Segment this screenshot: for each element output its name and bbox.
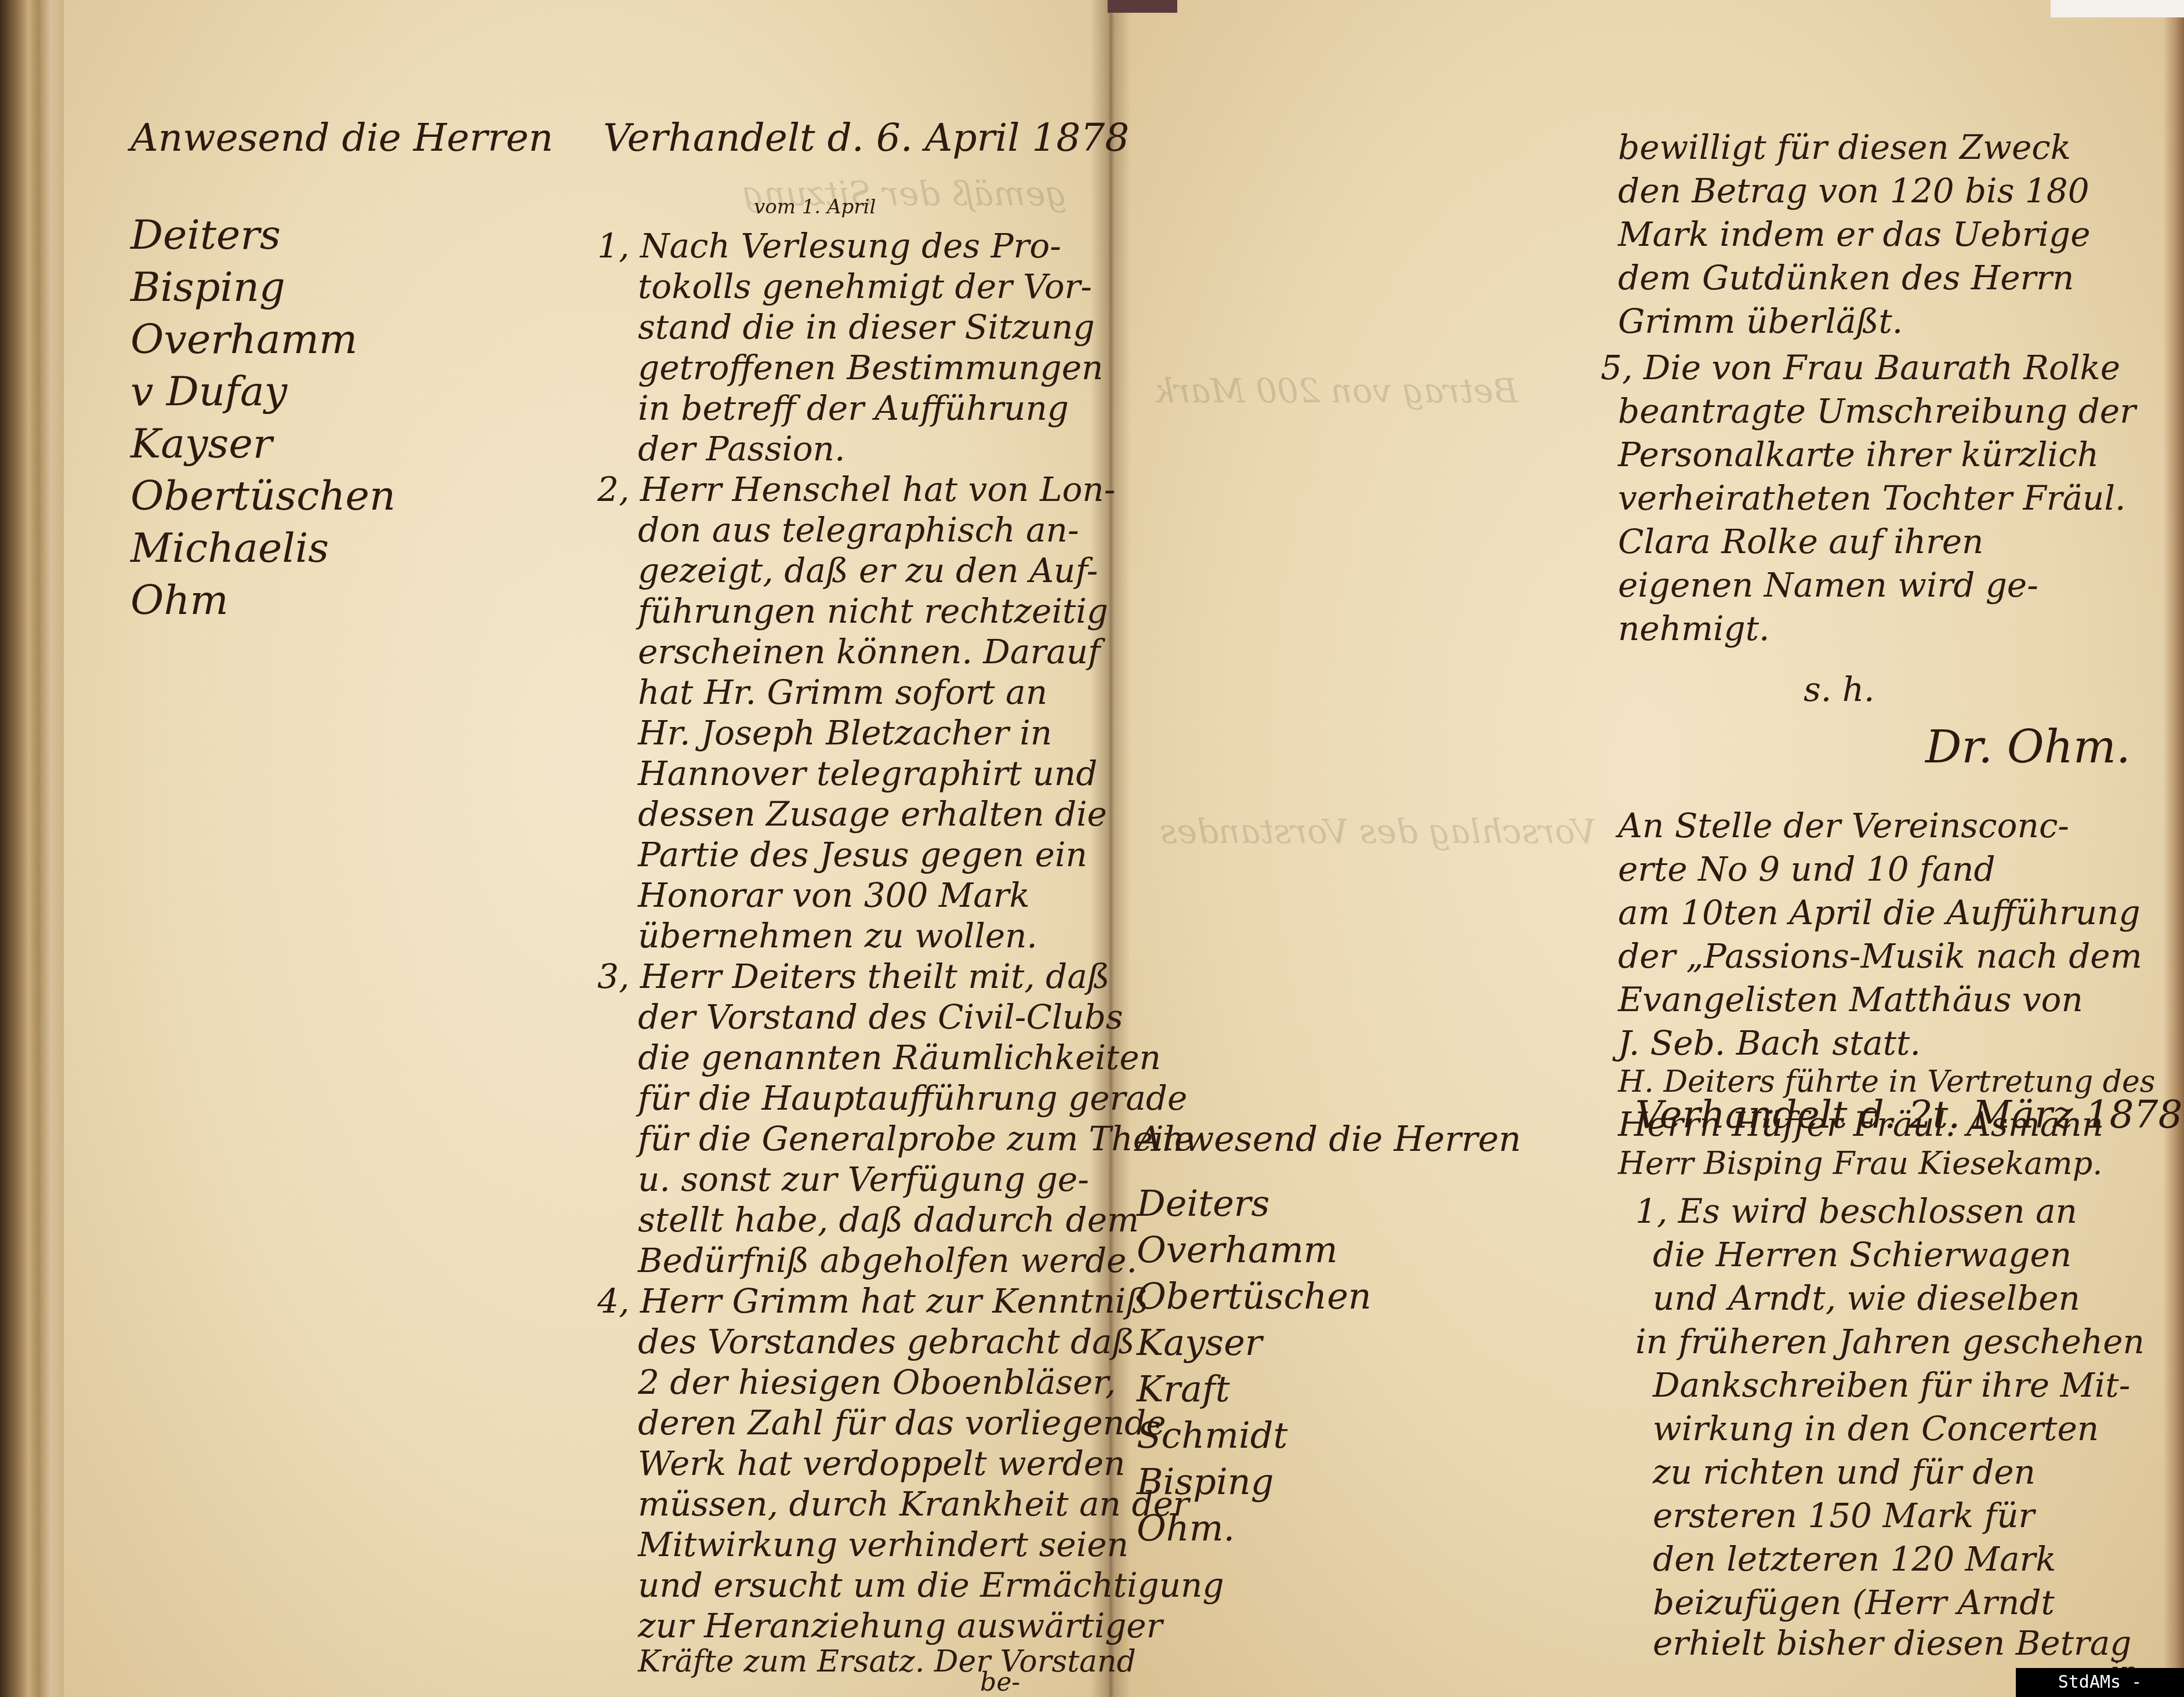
attendee-name: Deiters: [1137, 1186, 1269, 1222]
minutes-line: ersteren 150 Mark für: [1653, 1499, 2034, 1532]
minutes-line: getroffenen Bestimmungen: [638, 351, 1103, 384]
minutes-line: beantragte Umschreibung der: [1618, 394, 2136, 428]
minutes-line: die Herren Schierwagen: [1653, 1238, 2071, 1271]
attendee-name: Obertüschen: [1137, 1278, 1372, 1314]
minutes-line: 5, Die von Frau Baurath Rolke: [1601, 351, 2120, 384]
minutes-line: Hr. Joseph Bletzacher in: [638, 716, 1052, 750]
minutes-line: eigenen Namen wird ge-: [1618, 568, 2038, 602]
minutes-line: Grimm überläßt.: [1618, 304, 1903, 338]
minutes-line: 2 der hiesigen Oboenbläser,: [638, 1365, 1116, 1399]
minutes-line: erhielt bisher diesen Betrag: [1653, 1626, 2131, 1660]
minutes-line: wirkung in den Concerten: [1653, 1412, 2099, 1445]
interlinear-note: vom 1. April: [754, 197, 876, 217]
attendee-name: Overhamm: [130, 319, 357, 359]
binding-cloth: [1108, 0, 1177, 13]
attendee-name: v Dufay: [130, 371, 287, 412]
minutes-line: in früheren Jahren geschehen: [1635, 1325, 2145, 1358]
minutes-line: in betreff der Aufführung: [638, 391, 1069, 425]
attendee-name: Obertüschen: [130, 475, 396, 516]
minutes-line: nehmigt.: [1618, 612, 1769, 645]
minutes-heading: Verhandelt d. 2t. März 1878: [1635, 1096, 2182, 1134]
minutes-line: tokolls genehmigt der Vor-: [638, 270, 1092, 303]
minutes-line: der Vorstand des Civil-Clubs: [638, 1000, 1123, 1034]
minutes-line: der Passion.: [638, 432, 845, 466]
minutes-line: u. sonst zur Verfügung ge-: [638, 1162, 1089, 1196]
note-line: J. Seb. Bach statt.: [1618, 1026, 1921, 1060]
minutes-line: des Vorstandes gebracht daß: [638, 1325, 1134, 1358]
minutes-line: dem Gutdünken des Herrn: [1618, 261, 2074, 295]
minutes-line: Werk hat verdoppelt werden: [638, 1447, 1125, 1480]
attendee-name: Overhamm: [1137, 1232, 1338, 1268]
bleed-through-text: Betrag von 200 Mark: [1154, 371, 1518, 410]
book-spread: gemäß der Sitzung Betrag von 200 Mark Vo…: [0, 0, 2184, 1697]
minutes-line: gezeigt, daß er zu den Auf-: [638, 554, 1098, 587]
minutes-line: 1, Nach Verlesung des Pro-: [597, 229, 1061, 263]
minutes-line: stellt habe, daß dadurch dem: [638, 1203, 1139, 1237]
minutes-line: für die Generalprobe zum Theile: [638, 1122, 1194, 1155]
minutes-line: Hannover telegraphirt und: [638, 757, 1097, 790]
minutes-line: Bedürfniß abgeholfen werde.: [638, 1244, 1137, 1277]
bleed-through-text: Vorschlag des Vorstandes: [1160, 812, 1597, 851]
attendance-heading: Anwesend die Herren: [1137, 1122, 1521, 1157]
note-line: Herr Bisping Frau Kiesekamp.: [1618, 1148, 2102, 1179]
archive-label: StdAMs - MV_002a_362: [2016, 1668, 2184, 1697]
minutes-line: stand die in dieser Sitzung: [638, 310, 1095, 344]
minutes-line: Honorar von 300 Mark: [638, 878, 1030, 912]
attendee-name: Deiters: [130, 215, 281, 255]
minutes-line: Clara Rolke auf ihren: [1618, 525, 1983, 558]
attendee-name: Ohm.: [1137, 1510, 1235, 1546]
minutes-line: dessen Zusage erhalten die: [638, 797, 1107, 831]
attendee-name: Michaelis: [130, 528, 329, 568]
closing-mark: s. h.: [1804, 673, 1874, 706]
note-line: erte No 9 und 10 fand: [1618, 852, 1996, 886]
minutes-line: Mitwirkung verhindert seien: [638, 1528, 1129, 1561]
minutes-line: und Arndt, wie dieselben: [1653, 1281, 2080, 1315]
minutes-line: Personalkarte ihrer kürzlich: [1618, 438, 2099, 471]
attendee-name: Kraft: [1137, 1371, 1230, 1407]
attendee-name: Bisping: [1137, 1464, 1274, 1500]
minutes-line: bewilligt für diesen Zweck: [1618, 130, 2071, 164]
minutes-line: 3, Herr Deiters theilt mit, daß: [597, 960, 1110, 993]
minutes-line: übernehmen zu wollen.: [638, 919, 1037, 953]
attendee-name: Kayser: [130, 423, 272, 464]
minutes-line: Mark indem er das Uebrige: [1618, 217, 2091, 251]
minutes-line: verheiratheten Tochter Fräul.: [1618, 481, 2125, 515]
attendee-name: Bisping: [130, 267, 285, 307]
minutes-line: für die Hauptaufführung gerade: [638, 1081, 1187, 1115]
minutes-heading: Verhandelt d. 6. April 1878: [603, 119, 1129, 157]
minutes-line: deren Zahl für das vorliegende: [638, 1406, 1166, 1440]
minutes-line: don aus telegraphisch an-: [638, 513, 1079, 547]
minutes-line: Partie des Jesus gegen ein: [638, 838, 1087, 871]
note-line: der „Passions-Musik nach dem: [1618, 939, 2142, 973]
minutes-line: 2, Herr Henschel hat von Lon-: [597, 473, 1115, 506]
signature: Dr. Ohm.: [1925, 725, 2131, 770]
note-line: am 10ten April die Aufführung: [1618, 896, 2141, 929]
minutes-line: führungen nicht rechtzeitig: [638, 594, 1108, 628]
attendee-name: Ohm: [130, 580, 228, 620]
minutes-line: den letzteren 120 Mark: [1653, 1542, 2056, 1576]
minutes-line: die genannten Räumlichkeiten: [638, 1041, 1161, 1074]
note-line: Evangelisten Matthäus von: [1618, 983, 2083, 1016]
minutes-line: 4, Herr Grimm hat zur Kenntniß: [597, 1284, 1148, 1318]
minutes-line: hat Hr. Grimm sofort an: [638, 675, 1047, 709]
page-stack-edge: [0, 0, 64, 1697]
attendee-name: Schmidt: [1137, 1418, 1287, 1453]
attendance-heading: Anwesend die Herren: [130, 119, 553, 157]
minutes-line: erscheinen können. Darauf: [638, 635, 1101, 668]
right-page-edge: [2163, 0, 2184, 1697]
minutes-line: beizufügen (Herr Arndt: [1653, 1586, 2055, 1619]
minutes-line: Dankschreiben für ihre Mit-: [1653, 1368, 2130, 1402]
background-strip: [2051, 0, 2184, 17]
minutes-line: müssen, durch Krankheit an der: [638, 1487, 1189, 1521]
minutes-line: 1, Es wird beschlossen an: [1635, 1194, 2077, 1228]
minutes-line: be-: [980, 1670, 1020, 1695]
minutes-line: zur Heranziehung auswärtiger: [638, 1609, 1162, 1643]
attendee-name: Kayser: [1137, 1325, 1262, 1361]
minutes-line: und ersucht um die Ermächtigung: [638, 1568, 1224, 1602]
note-line: An Stelle der Vereinsconc-: [1618, 809, 2069, 842]
minutes-line: den Betrag von 120 bis 180: [1618, 174, 2089, 208]
minutes-line: Kräfte zum Ersatz. Der Vorstand: [638, 1647, 1136, 1677]
minutes-line: zu richten und für den: [1653, 1455, 2036, 1489]
